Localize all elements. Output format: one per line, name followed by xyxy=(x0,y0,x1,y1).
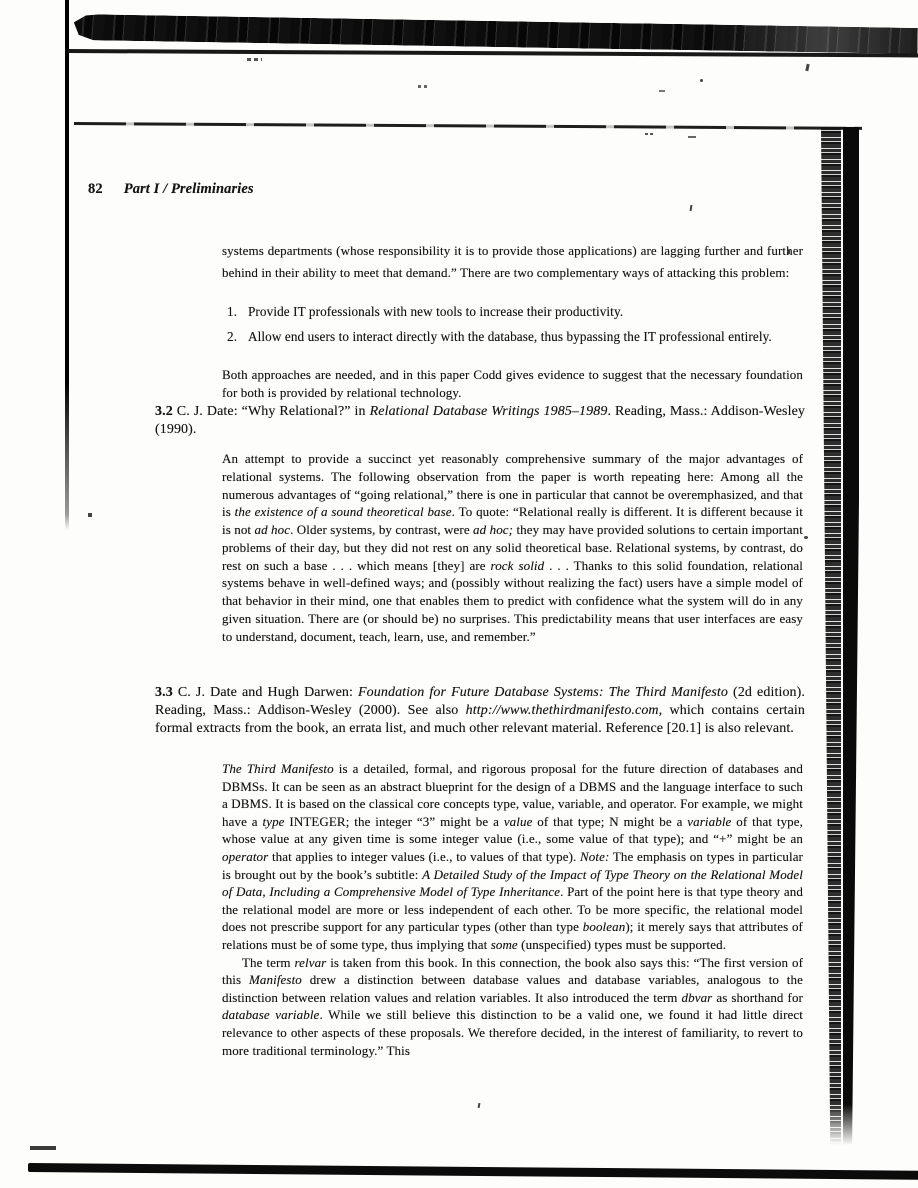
reference-annotation-3-3: The Third Manifesto is a detailed, forma… xyxy=(222,760,803,1059)
numbered-list: 1.Provide IT professionals with new tool… xyxy=(227,303,803,352)
page-header: 82 Part I / Preliminaries xyxy=(88,181,254,198)
list-item: 1.Provide IT professionals with new tool… xyxy=(227,303,803,321)
scan-artifact-mid-rule xyxy=(74,122,862,129)
scan-speck xyxy=(700,79,703,82)
scan-artifact-bottom-band xyxy=(28,1163,918,1180)
annotation-3-3-paragraph-1: The Third Manifesto is a detailed, forma… xyxy=(222,760,803,954)
scan-speck xyxy=(645,133,655,135)
scan-artifact-right-edge-band xyxy=(821,127,863,1145)
reference-annotation-3-2: An attempt to provide a succinct yet rea… xyxy=(222,450,803,645)
list-item-number: 2. xyxy=(227,328,248,346)
list-item-text: Provide IT professionals with new tools … xyxy=(248,304,623,319)
list-item: 2.Allow end users to interact directly w… xyxy=(227,328,803,346)
scanned-book-page: 82 Part I / Preliminaries systems depart… xyxy=(0,0,918,1188)
reference-entry-3-2: 3.2 C. J. Date: “Why Relational?” in Rel… xyxy=(155,403,805,439)
both-approaches-paragraph: Both approaches are needed, and in this … xyxy=(222,366,803,401)
scan-speck xyxy=(88,513,92,517)
scan-artifact-top-band xyxy=(74,14,918,54)
reference-entry-3-3: 3.3 C. J. Date and Hugh Darwen: Foundati… xyxy=(155,684,805,738)
page-number: 82 xyxy=(88,181,120,198)
scan-speck xyxy=(804,536,808,539)
scan-speck xyxy=(688,136,696,138)
scan-speck xyxy=(478,1103,481,1108)
list-item-number: 1. xyxy=(227,303,248,321)
running-title: Part I / Preliminaries xyxy=(124,181,254,197)
scan-artifact-bottom-dash xyxy=(30,1146,56,1150)
intro-continuation-paragraph: systems departments (whose responsibilit… xyxy=(222,240,803,283)
annotation-3-3-paragraph-2: The term relvar is taken from this book.… xyxy=(222,954,803,1060)
scan-speck xyxy=(659,90,665,92)
list-item-text: Allow end users to interact directly wit… xyxy=(248,329,772,344)
scan-speck xyxy=(690,205,693,211)
scan-speck xyxy=(418,85,429,88)
scan-speck xyxy=(247,58,262,61)
scan-artifact-left-edge-line xyxy=(65,0,69,530)
scan-speck xyxy=(805,64,809,71)
